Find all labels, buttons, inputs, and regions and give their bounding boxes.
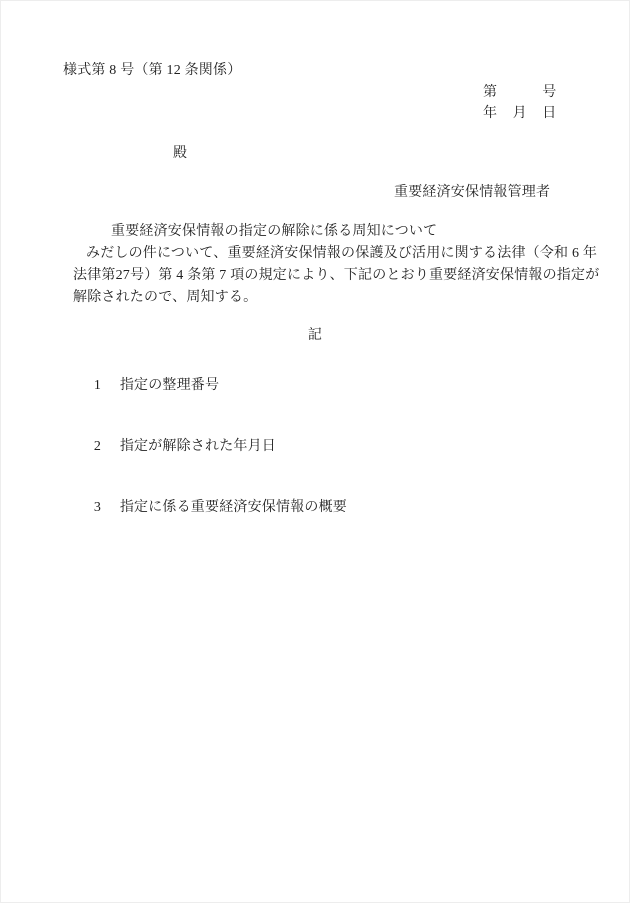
document-number-blank: 第 号 xyxy=(483,86,557,100)
document-page: 様式第 8 号（第 12 条関係） 第 号 年 月 日 殿 重要経済安保情報管理… xyxy=(0,0,630,903)
form-number-label: 様式第 8 号（第 12 条関係） xyxy=(63,64,241,78)
body-paragraph-line: みだしの件について、重要経済安保情報の保護及び活用に関する法律（令和 6 年 xyxy=(86,247,597,261)
ki-marker: 記 xyxy=(1,329,629,343)
item-label: 指定に係る重要経済安保情報の概要 xyxy=(120,500,347,515)
document-title: 重要経済安保情報の指定の解除に係る周知について xyxy=(111,225,437,239)
list-item: 3指定に係る重要経済安保情報の概要 xyxy=(79,487,347,529)
item-number: 2 xyxy=(94,440,120,454)
date-blank: 年 月 日 xyxy=(483,107,557,121)
item-number: 3 xyxy=(94,501,120,515)
list-item: 1指定の整理番号 xyxy=(79,365,219,407)
addressee-suffix: 殿 xyxy=(173,147,187,161)
body-paragraph-line: 法律第27号）第 4 条第 7 項の規定により、下記のとおり重要経済安保情報の指… xyxy=(73,269,599,283)
list-item: 2指定が解除された年月日 xyxy=(79,426,276,468)
body-paragraph-line: 解除されたので、周知する。 xyxy=(73,291,257,305)
item-number: 1 xyxy=(94,379,120,393)
issuer-title: 重要経済安保情報管理者 xyxy=(394,186,550,200)
item-label: 指定の整理番号 xyxy=(120,378,219,393)
item-label: 指定が解除された年月日 xyxy=(120,439,276,454)
